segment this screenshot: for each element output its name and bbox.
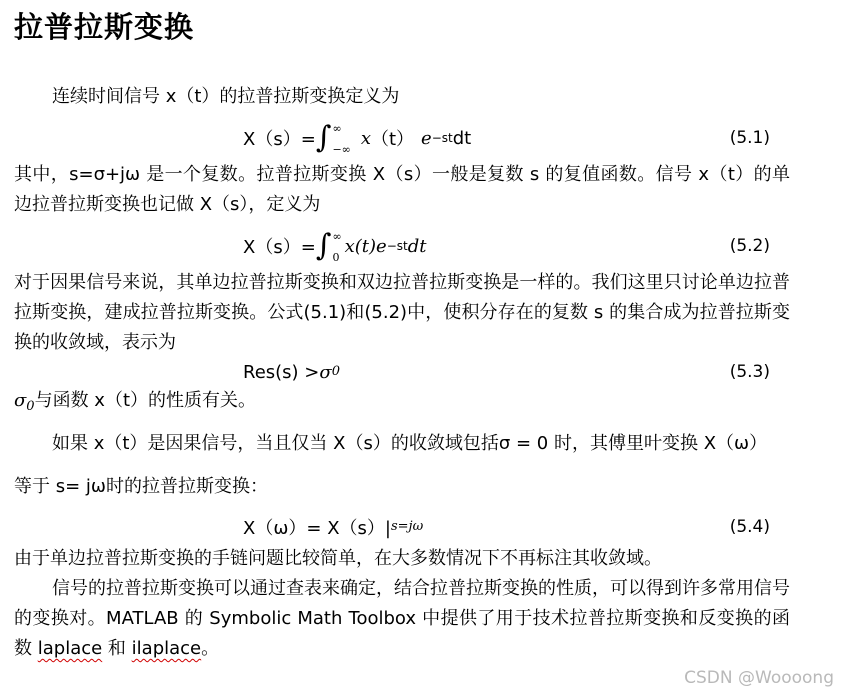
paragraph-matlab: 信号的拉普拉斯变换可以通过查表来确定，结合拉普拉斯变换的性质，可以得到许多常用信… [14,574,790,664]
eq1-integral-limits: ∞ −∞ [332,123,350,155]
paragraph-fourier: 如果 x（t）是因果信号，当且仅当 X（s）的收敛域包括σ = 0 时，其傅里叶… [14,422,790,508]
eq2-lower-limit: 0 [332,252,341,263]
equation-5-1: X（s）= ∫ ∞ −∞ x （t） e −st dt (5.1) [14,116,790,160]
ilaplace-function-name: ilaplace [132,638,201,659]
eq1-e-base: e [421,128,432,149]
integral-icon: ∫ [316,123,332,153]
paragraph-definition: 其中，s=σ+jω 是一个复数。拉普拉斯变换 X（s）一般是复数 s 的复值函数… [14,160,790,220]
paragraph-causal: 对于因果信号来说，其单边拉普拉斯变换和双边拉普拉斯变换是一样的。我们这里只讨论单… [14,268,790,358]
eq2-differential: dt [408,236,427,257]
eq2-body: x(t)e [345,236,387,257]
conjunction-text: 和 [102,638,131,659]
paragraph-sigma-note: σ0与函数 x（t）的性质有关。 [14,386,790,416]
sigma-symbol: σ [14,390,26,411]
eq1-lower-limit: −∞ [332,144,350,155]
equation-number-5-4: (5.4) [730,517,790,537]
fourier-line2: 等于 s= jω时的拉普拉斯变换： [14,476,268,497]
integral-icon: ∫ [316,231,332,261]
equation-number-5-2: (5.2) [730,236,790,256]
equation-5-4: X（ω）= X（s）| s=jω (5.4) [14,510,790,544]
eq4-body: X（ω）= X（s）| [243,514,391,540]
equation-5-1-math: X（s）= ∫ ∞ −∞ x （t） e −st dt [243,122,471,154]
eq1-differential: dt [453,128,471,149]
sigma-note-text: 与函数 x（t）的性质有关。 [35,390,256,411]
eq2-upper-limit: ∞ [332,231,341,242]
eq3-sigma: σ [319,362,331,383]
page-title: 拉普拉斯变换 [14,8,790,46]
document-page: 拉普拉斯变换 连续时间信号 x（t）的拉普拉斯变换定义为 X（s）= ∫ ∞ −… [0,0,842,696]
equation-5-3: Res(s) > σ 0 (5.3) [14,358,790,386]
eq1-lhs: X（s）= [243,125,316,151]
equation-5-2-math: X（s）= ∫ ∞ 0 x(t)e −st dt [243,230,426,262]
laplace-function-name: laplace [38,638,102,659]
equation-5-2: X（s）= ∫ ∞ 0 x(t)e −st dt (5.2) [14,224,790,268]
eq1-upper-limit: ∞ [332,123,350,134]
equation-number-5-3: (5.3) [730,362,790,382]
csdn-watermark: CSDN @Woooong [684,668,834,688]
sentence-end: 。 [201,638,219,659]
eq1-arg-paren: （t） [371,125,414,151]
sigma-subscript: 0 [26,399,34,414]
eq2-lhs: X（s）= [243,233,316,259]
equation-5-4-math: X（ω）= X（s）| s=jω [243,514,423,540]
equation-number-5-1: (5.1) [730,128,790,148]
eq1-arg-var: x [361,128,371,149]
paragraph-roc-note: 由于单边拉普拉斯变换的手链问题比较简单，在大多数情况下不再标注其收敛域。 [14,544,790,574]
equation-5-3-math: Res(s) > σ 0 [243,362,340,383]
fourier-line1: 如果 x（t）是因果信号，当且仅当 X（s）的收敛域包括σ = 0 时，其傅里叶… [52,433,767,454]
eq3-body: Res(s) > [243,362,319,383]
eq2-integral-limits: ∞ 0 [332,231,341,263]
paragraph-intro: 连续时间信号 x（t）的拉普拉斯变换定义为 [14,82,790,112]
